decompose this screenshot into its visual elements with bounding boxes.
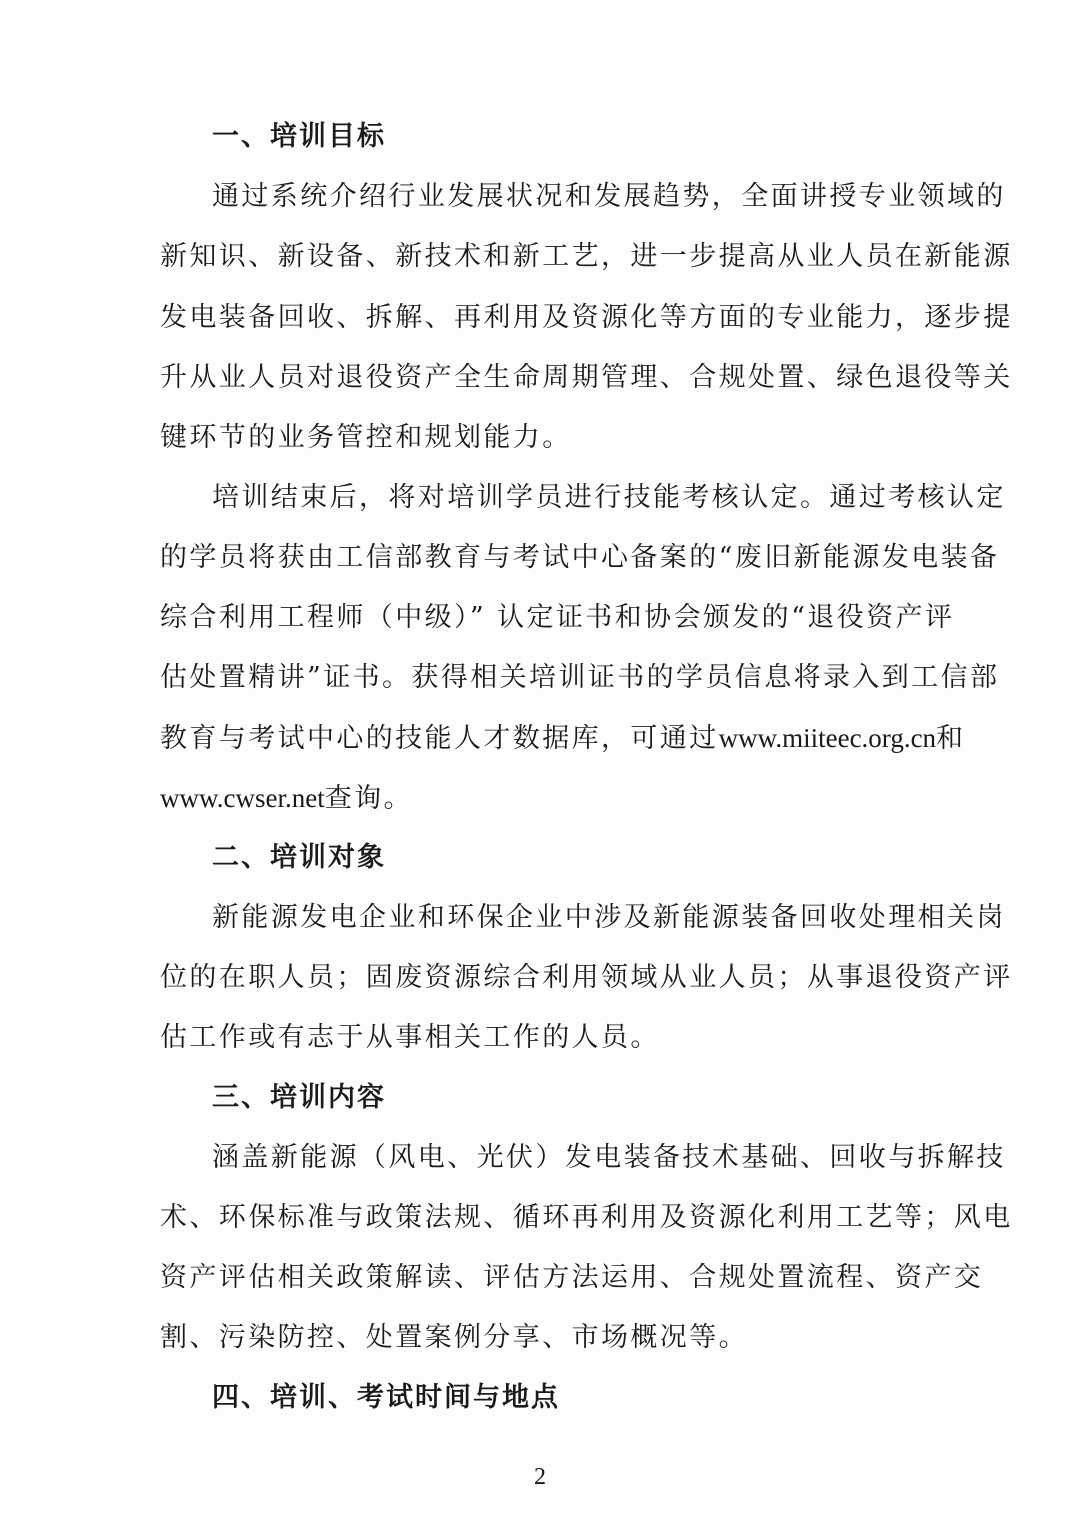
paragraph-line: 位的在职人员；固废资源综合利用领域从业人员；从事退役资产评 (160, 958, 922, 998)
cwser-url-text: www.cwser.net (160, 783, 325, 813)
paragraph-line: 培训结束后，将对培训学员进行技能考核认定。通过考核认定 (212, 478, 922, 518)
paragraph-line: 新知识、新设备、新技术和新工艺，进一步提高从业人员在新能源 (160, 237, 922, 277)
paragraph-line-with-link: 教育与考试中心的技能人才数据库，可通过www.miiteec.org.cn和 (160, 718, 922, 758)
paragraph-line: 资产评估相关政策解读、评估方法运用、合规处置流程、资产交 (160, 1258, 922, 1298)
paragraph-line: 术、环保标准与政策法规、循环再利用及资源化利用工艺等；风电 (160, 1198, 922, 1238)
paragraph-line: 通过系统介绍行业发展状况和发展趋势，全面讲授专业领域的 (212, 177, 922, 217)
paragraph-line: 新能源发电企业和环保企业中涉及新能源装备回收处理相关岗 (212, 898, 922, 938)
paragraph-line: 综合利用工程师（中级）” 认定证书和协会颁发的“退役资产评 (160, 598, 922, 638)
paragraph-line: 涵盖新能源（风电、光伏）发电装备技术基础、回收与拆解技 (212, 1138, 922, 1178)
section-heading-training-audience: 二、培训对象 (212, 838, 386, 878)
paragraph-line-with-link: www.cwser.net查询。 (160, 778, 922, 818)
paragraph-line: 估处置精讲”证书。获得相关培训证书的学员信息将录入到工信部 (160, 658, 922, 698)
paragraph-text: 查询。 (325, 783, 413, 814)
miiteec-url-text: www.miiteec.org.cn (719, 723, 936, 753)
paragraph-line: 割、污染防控、处置案例分享、市场概况等。 (160, 1318, 922, 1358)
paragraph-line: 的学员将获由工信部教育与考试中心备案的“废旧新能源发电装备 (160, 538, 922, 578)
section-heading-training-content: 三、培训内容 (212, 1078, 386, 1118)
paragraph-line: 升从业人员对退役资产全生命周期管理、合规处置、绿色退役等关 (160, 358, 922, 398)
paragraph-line: 发电装备回收、拆解、再利用及资源化等方面的专业能力，逐步提 (160, 298, 922, 338)
section-heading-time-and-location: 四、培训、考试时间与地点 (212, 1378, 560, 1418)
document-page: 一、培训目标 通过系统介绍行业发展状况和发展趋势，全面讲授专业领域的 新知识、新… (0, 0, 1080, 1529)
paragraph-text: 教育与考试中心的技能人才数据库，可通过 (160, 723, 719, 754)
paragraph-line: 估工作或有志于从事相关工作的人员。 (160, 1018, 922, 1058)
section-heading-training-goals: 一、培训目标 (212, 117, 386, 157)
paragraph-text: 和 (936, 723, 965, 754)
paragraph-line: 键环节的业务管控和规划能力。 (160, 418, 922, 458)
page-number: 2 (520, 1462, 560, 1492)
